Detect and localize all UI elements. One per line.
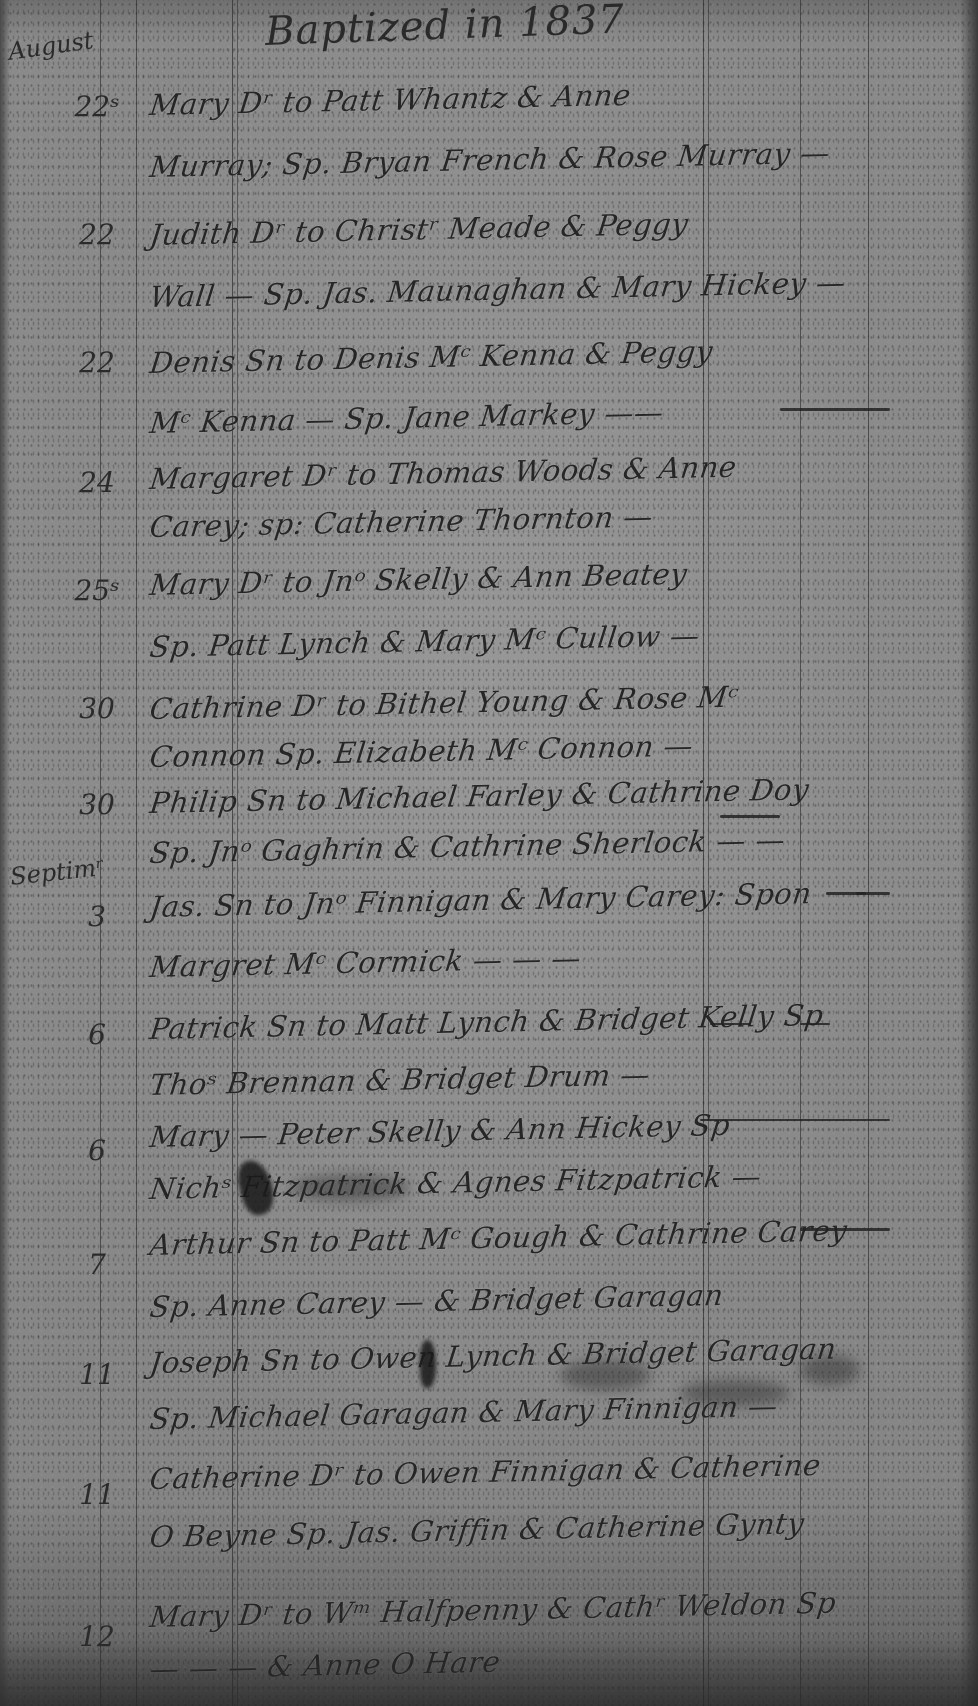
entry-line: Catherine Dʳ to Owen Finnigan & Catherin… bbox=[148, 1446, 892, 1496]
entry-date: 22ˢ bbox=[62, 90, 132, 123]
entry-line: Joseph Sn to Owen Lynch & Bridget Garaga… bbox=[148, 1330, 892, 1380]
ink-blot bbox=[233, 1157, 278, 1218]
entry-line: Connon Sp. Elizabeth Mᶜ Connon — bbox=[148, 724, 892, 774]
entry-line: O Beyne Sp. Jas. Griffin & Catherine Gyn… bbox=[148, 1504, 892, 1554]
entry-date: 25ˢ bbox=[62, 574, 132, 607]
ink-smudge bbox=[680, 1380, 790, 1406]
month-label-august: August bbox=[6, 26, 95, 66]
entry-line: Patrick Sn to Matt Lynch & Bridget Kelly… bbox=[148, 996, 892, 1046]
entry-line: Cathrine Dʳ to Bithel Young & Rose Mᶜ bbox=[148, 676, 892, 726]
entry-line: Wall — Sp. Jas. Maunaghan & Mary Hickey … bbox=[148, 264, 892, 314]
ink-smudge bbox=[560, 1360, 650, 1390]
entry-line: Mᶜ Kenna — Sp. Jane Markey —— bbox=[148, 390, 892, 440]
ink-smudge bbox=[290, 1175, 410, 1201]
entry-date: 6 bbox=[62, 1134, 132, 1167]
entry-line: Mary Dʳ to Jnᵒ Skelly & Ann Beatey bbox=[148, 552, 892, 602]
entry-line: Carey; sp: Catherine Thornton — bbox=[148, 494, 892, 544]
ink-blot bbox=[420, 1340, 436, 1388]
page-edge-right bbox=[960, 0, 978, 1706]
entry-line: Denis Sn to Denis Mᶜ Kenna & Peggy bbox=[148, 330, 892, 380]
manuscript-page: Baptized in 1837 August Septimʳ 22ˢ 22 2… bbox=[0, 0, 978, 1706]
fill-dash bbox=[800, 1023, 830, 1025]
fill-dash bbox=[700, 1119, 890, 1121]
entry-date: 11 bbox=[62, 1478, 132, 1511]
entry-line: Arthur Sn to Patt Mᶜ Gough & Cathrine Ca… bbox=[148, 1212, 892, 1262]
ruling-line bbox=[136, 0, 137, 1706]
entry-line: Sp. Patt Lynch & Mary Mᶜ Cullow — bbox=[148, 614, 892, 664]
page-edge-left bbox=[0, 0, 10, 1706]
fill-dash bbox=[780, 408, 890, 411]
entry-line: Judith Dʳ to Christʳ Meade & Peggy bbox=[148, 202, 892, 252]
fill-dash bbox=[710, 1023, 750, 1025]
entry-line: Murray; Sp. Bryan French & Rose Murray — bbox=[148, 134, 892, 184]
entry-date: 22 bbox=[62, 346, 132, 379]
page-heading: Baptized in 1837 bbox=[264, 0, 665, 55]
fill-dash bbox=[720, 815, 780, 818]
entry-date: 11 bbox=[62, 1358, 132, 1391]
entry-line: Mary — Peter Skelly & Ann Hickey Sp bbox=[148, 1104, 892, 1154]
entry-line: Thoˢ Brennan & Bridget Drum — bbox=[148, 1052, 892, 1102]
entry-line: Mary Dʳ to Wᵐ Halfpenny & Cathʳ Weldon S… bbox=[148, 1584, 892, 1634]
entry-date: 22 bbox=[62, 218, 132, 251]
entry-line: Margaret Dʳ to Thomas Woods & Anne bbox=[148, 446, 892, 496]
fill-dash bbox=[856, 892, 890, 895]
entry-date: 3 bbox=[62, 900, 132, 933]
entry-line: Mary Dʳ to Patt Whantz & Anne bbox=[148, 72, 892, 122]
entry-date: 6 bbox=[62, 1018, 132, 1051]
entry-date: 24 bbox=[62, 466, 132, 499]
entry-date: 30 bbox=[62, 692, 132, 725]
entry-line: Sp. Jnᵒ Gaghrin & Cathrine Sherlock — — bbox=[148, 820, 892, 870]
entry-line: Margret Mᶜ Cormick — — — bbox=[148, 934, 892, 984]
page-edge-bottom bbox=[0, 1636, 978, 1706]
entry-line: Jas. Sn to Jnᵒ Finnigan & Mary Carey: Sp… bbox=[148, 874, 892, 924]
month-label-september: Septimʳ bbox=[9, 853, 106, 891]
entry-line: Philip Sn to Michael Farley & Cathrine D… bbox=[148, 770, 892, 820]
entry-line: Sp. Anne Carey — & Bridget Garagan bbox=[148, 1274, 892, 1324]
fill-dash bbox=[800, 1228, 890, 1231]
ink-smudge bbox=[800, 1355, 860, 1385]
entry-date: 30 bbox=[62, 788, 132, 821]
entry-date: 7 bbox=[62, 1248, 132, 1281]
